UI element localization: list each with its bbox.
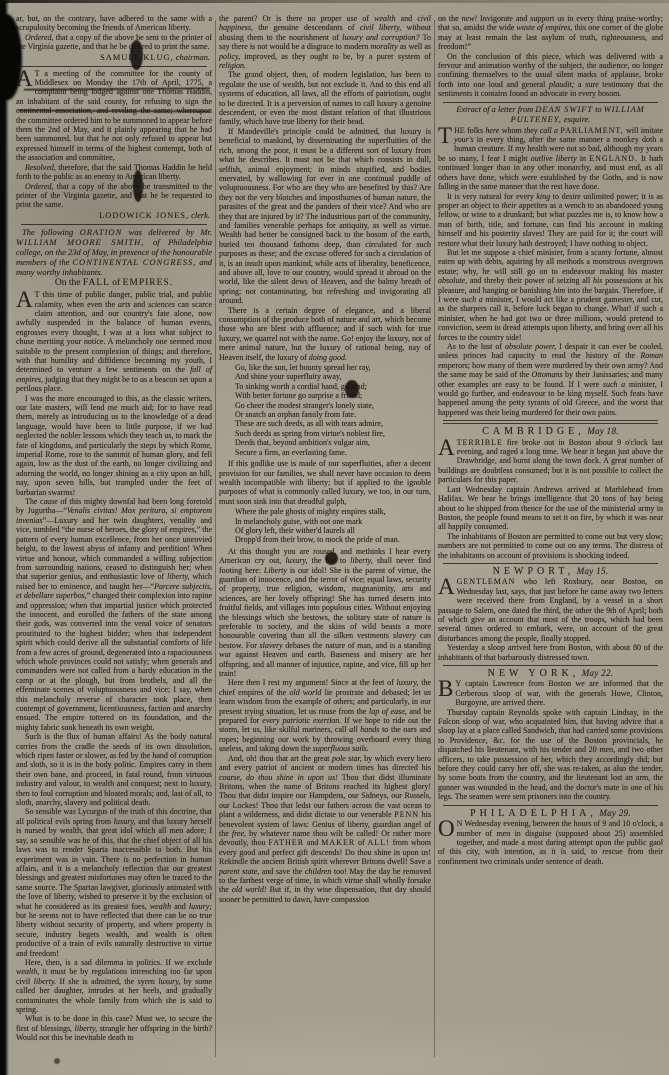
verse-line: Secure a firm, an everlasting fame. — [235, 448, 429, 457]
column-divider — [434, 20, 435, 1057]
paragraph: Here, then, is a sad dilemma in politics… — [16, 958, 212, 1014]
verse: Go, like the sun, let bounty spread her … — [235, 363, 429, 457]
paragraph: I was the more encouraged to this, as th… — [16, 394, 212, 497]
paragraph: the parent? Or is there no proper use of… — [219, 14, 431, 70]
article-heading: The following ORATION was delivered by M… — [16, 227, 212, 277]
section-rule — [21, 224, 207, 225]
drop-cap: A — [438, 577, 457, 597]
verse-line: These are such deeds, as all with tears … — [235, 419, 429, 428]
drop-cap: O — [438, 819, 457, 839]
paragraph: Such is the flux of human affairs! As th… — [16, 732, 212, 807]
paragraph: The grand object, then, of modern legisl… — [219, 70, 431, 126]
paragraph-dropcap: AGENTLEMAN who left Roxbury, near Boston… — [438, 577, 663, 643]
section-rule — [21, 66, 207, 67]
paragraph-dropcap: ATERRIBLE fire broke out in Boston about… — [438, 438, 663, 485]
paragraph: Yesterday a sloop arrived here from Bost… — [438, 643, 663, 662]
column-3: on the new! Invigorate and support us in… — [438, 14, 663, 1075]
signature: LODOWICK JONES, clerk. — [16, 211, 210, 221]
oration-title: On the FALL of EMPIRES. — [16, 279, 212, 288]
ink-blot — [54, 1058, 60, 1064]
dateline-heading: PHILADELPHIA, May 29. — [438, 809, 663, 818]
paragraph-dropcap: AT a meeting of the committee for the co… — [16, 69, 212, 163]
paragraph: Last Wednesday captain Andrews arrived a… — [438, 485, 663, 532]
verse-line: With better fortune go surprise a friend… — [235, 391, 429, 400]
paragraph: It is very natural for every king to des… — [438, 192, 663, 248]
verse-line: Or snatch an orphan family from fate. — [235, 410, 429, 419]
dateline-heading: NEW YORK, May 22. — [438, 669, 663, 678]
letter-heading: Extract of a letter from DEAN SWIFT to W… — [438, 105, 663, 125]
drop-cap: A — [438, 438, 457, 458]
paragraph: If this godlike use is made of our super… — [219, 459, 431, 506]
verse-line: Dropp'd from their brow, to mock the pri… — [235, 535, 429, 544]
paragraph: Thursday captain Reynolds spoke with cap… — [438, 708, 663, 802]
dateline-heading: CAMBRIDGE, May 18. — [438, 427, 663, 436]
verse-line: Of glory left, their wither'd laurels al… — [235, 526, 429, 535]
paragraph: So sensible was Lycurgus of the truth of… — [16, 807, 212, 958]
verse-line: In melancholy guise, with not one mark — [235, 517, 429, 526]
paragraph: Ordered, that a copy of the above be sen… — [16, 33, 212, 52]
drop-cap: A — [16, 290, 35, 310]
column-divider — [215, 20, 216, 1057]
paragraph-dropcap: BY captain Lawrence from Boston we are i… — [438, 679, 663, 707]
ink-blot — [130, 40, 143, 70]
dateline-heading: NEWPORT, May 15. — [438, 567, 663, 576]
paragraph-dropcap: AT this time of public danger, public tr… — [16, 290, 212, 393]
verse-line: Go cheer the modest stranger's lonely st… — [235, 401, 429, 410]
paragraph: There is a certain degree of elegance, a… — [219, 306, 431, 362]
drop-cap: T — [438, 126, 454, 146]
verse-line: To sinking worth a cordial hand, go lend… — [235, 382, 429, 391]
signature: SAMUEL KLUG, chairman. — [16, 53, 210, 63]
verse: Where the pale ghosts of mighty empires … — [235, 507, 429, 545]
column-2: the parent? Or is there no proper use of… — [219, 14, 431, 1075]
paragraph: But let me suppose a chief minister, fro… — [438, 248, 663, 342]
columns: ar, but, on the contrary, have adhered t… — [0, 0, 669, 1075]
ink-blot — [345, 380, 359, 398]
paragraph: The cause of this mighty downfal had bee… — [16, 497, 212, 732]
paragraph: ar, but, on the contrary, have adhered t… — [16, 14, 212, 33]
newspaper-page: ar, but, on the contrary, have adhered t… — [0, 0, 669, 1075]
paragraph: If Mandeville's principle could be admit… — [219, 127, 431, 306]
drop-cap: B — [438, 679, 455, 699]
section-rule — [443, 420, 658, 424]
paragraph: On the conclusion of this piece, which w… — [438, 52, 663, 99]
ink-blot — [133, 170, 143, 202]
verse-line: Such deeds as spring from virtue's noble… — [235, 429, 429, 438]
column-1: ar, but, on the contrary, have adhered t… — [16, 14, 212, 1075]
section-rule — [443, 102, 658, 103]
section-rule — [443, 805, 658, 806]
section-rule — [443, 665, 658, 666]
verse-line: And shine your superfluity away, — [235, 372, 429, 381]
paragraph: Ordered, that a copy of the above be tra… — [16, 182, 212, 210]
paragraph: What is to be done in this case? Must we… — [16, 1014, 212, 1042]
paragraph-dropcap: ON Wednesday evening, between the hours … — [438, 819, 663, 866]
paragraph: on the new! Invigorate and support us in… — [438, 14, 663, 52]
paragraph-dropcap: THE folks here whom they call a PARLIAME… — [438, 126, 663, 192]
scan-edge-top — [0, 0, 669, 3]
paragraph: Here then I rest my argument! Since at t… — [219, 678, 431, 753]
paragraph: Resolved, therefore, that the said Thoma… — [16, 163, 212, 182]
paragraph: The inhabitants of Boston are permitted … — [438, 532, 663, 560]
section-rule — [443, 563, 658, 564]
paragraph: At this thought you are roused, and meth… — [219, 547, 431, 679]
paragraph: And, oh! thou that art the great pole st… — [219, 754, 431, 905]
scan-edge-left — [0, 0, 9, 1075]
verse-line: Go, like the sun, let bounty spread her … — [235, 363, 429, 372]
paragraph: As to the lust of absolute power, I desp… — [438, 342, 663, 417]
verse-line: Where the pale ghosts of mighty empires … — [235, 507, 429, 516]
verse-line: Deeds that, beyond ambition's vulgar aim… — [235, 438, 429, 447]
ink-blot — [325, 552, 338, 565]
